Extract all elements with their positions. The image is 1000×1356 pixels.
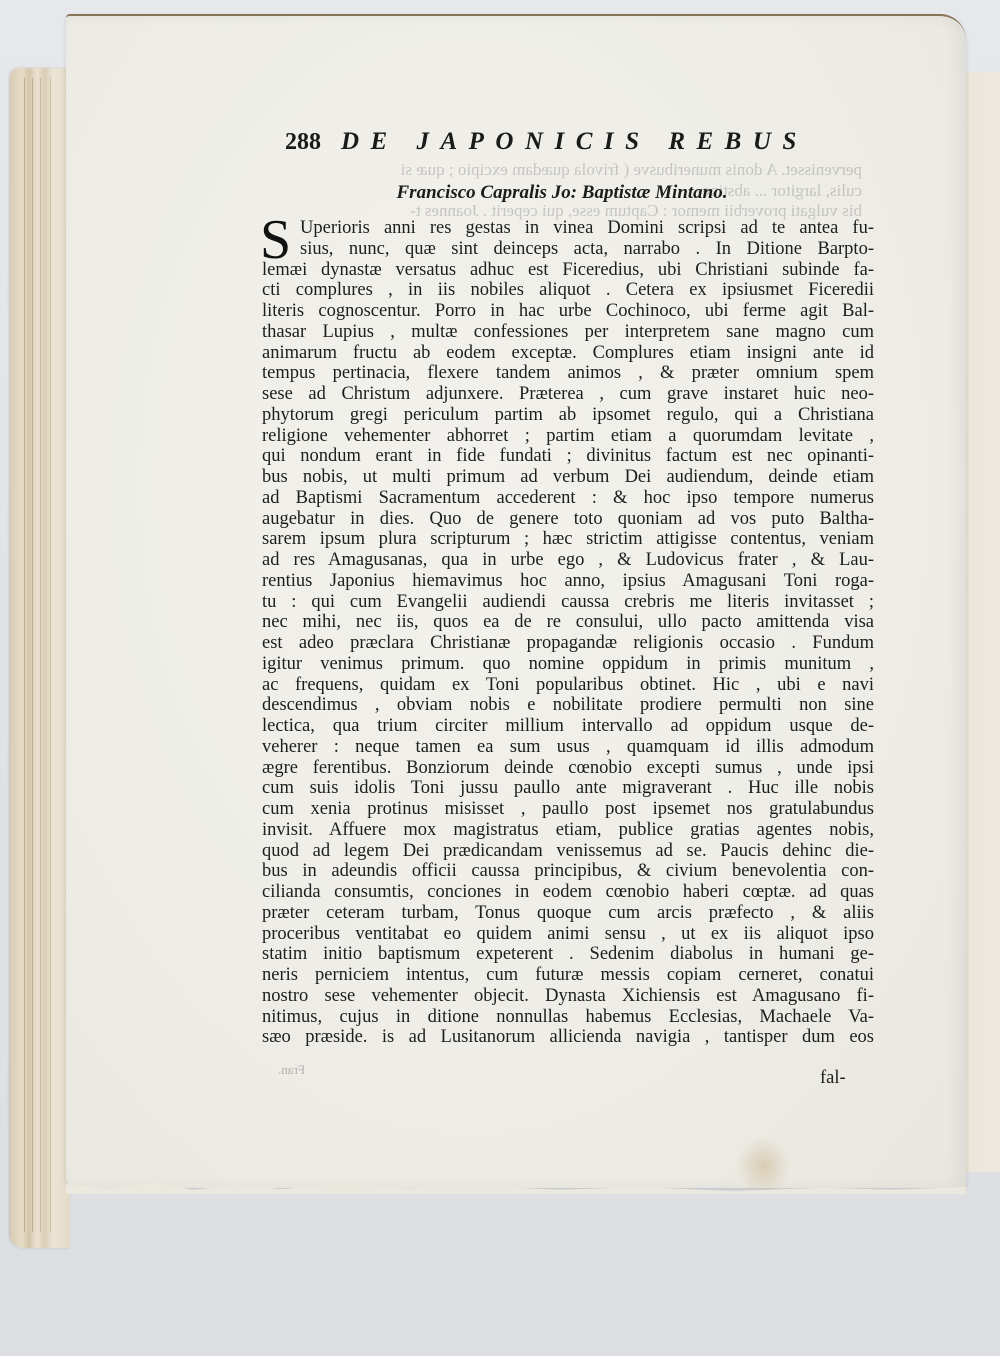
text-line: invisit. Affuere mox magistratus etiam, …	[262, 820, 874, 841]
catchword: fal-	[820, 1068, 846, 1089]
line-text: Uperioris anni res gestas in vinea Domin…	[300, 218, 874, 238]
text-line: sese ad Christum adjunxere. Præterea , c…	[262, 384, 874, 405]
text-line: sarem ipsum plura scripturum ; hæc stric…	[262, 529, 874, 550]
text-line: neris perniciem intentus, cum futuræ mes…	[262, 965, 874, 986]
text-line: nec mihi, nec iis, quos ea de re consulu…	[262, 612, 874, 633]
page-number: 288	[285, 129, 321, 156]
text-line: animarum fructu ab eodem exceptæ. Complu…	[262, 343, 874, 364]
text-line: proceribus ventitabat eo quidem animi se…	[262, 924, 874, 945]
text-line: veherer : neque tamen ea sum usus , quam…	[262, 737, 874, 758]
text-line: nitimus, cujus in ditione nonnullas habe…	[262, 1007, 874, 1028]
text-line: tu : qui cum Evangelii audiendi caussa c…	[262, 592, 874, 613]
text-line: quod ad legem Dei prædicandam venissemus…	[262, 841, 874, 862]
text-line: tempus pertinacia, flexere tandem animos…	[262, 363, 874, 384]
text-line: cum suis idolis Toni jussu paullo ante m…	[262, 778, 874, 799]
text-line: lectica, qua trium circiter millium inte…	[262, 716, 874, 737]
text-line: nostro sese vehementer objecit. Dynasta …	[262, 986, 874, 1007]
text-line: lemæi dynastæ versatus adhuc est Ficered…	[262, 260, 874, 281]
text-line: descendimus , obviam nobis e nobilitate …	[262, 695, 874, 716]
text-line: S Uperioris anni res gestas in vinea Dom…	[262, 218, 874, 239]
drop-cap: S	[260, 212, 291, 268]
page-edges-stack	[10, 68, 70, 1248]
deckled-bottom-edge	[66, 1180, 966, 1194]
text-line: sius, nunc, quæ sint deinceps acta, narr…	[262, 239, 874, 260]
text-line: religione vehementer abhorret ; partim e…	[262, 426, 874, 447]
text-line: cti complures , in iis nobiles aliquot .…	[262, 280, 874, 301]
text-line: qui nondum erant in fide fundati ; divin…	[262, 446, 874, 467]
text-line: augebatur in dies. Quo de genere toto qu…	[262, 509, 874, 530]
text-line: igitur venimus primum. quo nomine oppidu…	[262, 654, 874, 675]
text-line: rentius Japonius hiemavimus hoc anno, ip…	[262, 571, 874, 592]
text-line: est adeo præclara Christianæ propagandæ …	[262, 633, 874, 654]
text-line: præter ceteram turbam, Tonus quoque cum …	[262, 903, 874, 924]
text-line: literis cognoscentur. Porro in hac urbe …	[262, 301, 874, 322]
text-line: ad res Amagusanas, qua in urbe ego , & L…	[262, 550, 874, 571]
text-line: sæo præside. is ad Lusitanorum alliciend…	[262, 1027, 874, 1048]
text-line: cum xenia protinus misisset , paullo pos…	[262, 799, 874, 820]
running-title: DE JAPONICIS REBUS	[341, 128, 851, 156]
text-line: statim initio baptismum expeterent . Sed…	[262, 944, 874, 965]
running-head: 288 DE JAPONICIS REBUS	[285, 128, 851, 156]
text-line: phytorum gregi periculum partim ab ipsom…	[262, 405, 874, 426]
body-text: S Uperioris anni res gestas in vinea Dom…	[262, 218, 874, 1048]
text-line: bus nobis, ut multi primum ad verbum Dei…	[262, 467, 874, 488]
text-line: ac frequens, quidam ex Toni popularibus …	[262, 675, 874, 696]
text-line: bus in adeundis officii caussa principib…	[262, 861, 874, 882]
faint-margin-mark: Fran.	[278, 1062, 305, 1078]
text-line: thasar Lupius , multæ confessiones per i…	[262, 322, 874, 343]
foxing-stain	[736, 1136, 791, 1196]
text-line: cilianda consumtis, conciones in eodem c…	[262, 882, 874, 903]
text-line: ad Baptismi Sacramentum accederent : & h…	[262, 488, 874, 509]
letter-heading: Francisco Capralis Jo: Baptistæ Mintano.	[262, 182, 862, 204]
text-line: ægre ferentibus. Bonziorum deinde cœnobi…	[262, 758, 874, 779]
